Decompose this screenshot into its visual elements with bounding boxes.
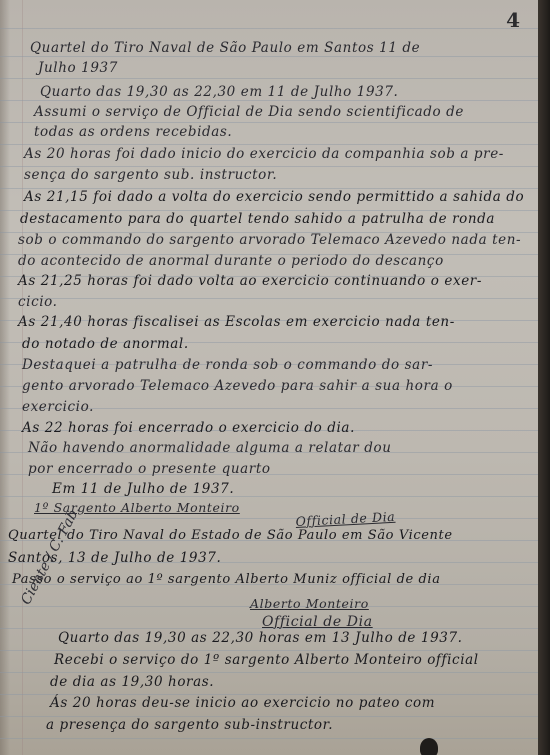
entry1-line: do acontecido de anormal durante o perio… <box>18 253 444 269</box>
entry2-line: Recebi o serviço do 1º sargento Alberto … <box>54 652 479 668</box>
ledger-page: 4 Quartel do Tiro Naval de São Paulo em … <box>0 0 540 755</box>
ruling-line <box>0 122 540 123</box>
entry2-line: a presença do sargento sub-instructor. <box>46 717 333 733</box>
ruling-line <box>0 672 540 673</box>
ruling-line <box>0 298 540 299</box>
entry1-line: por encerrado o presente quarto <box>28 461 271 477</box>
ruling-line <box>0 78 540 79</box>
entry1-date-line: Em 11 de Julho de 1937. <box>52 481 234 497</box>
entry1-line: do notado de anormal. <box>22 336 189 352</box>
page-edge-shadow <box>538 0 550 755</box>
entry1-line: Não havendo anormalidade alguma a relata… <box>28 440 392 456</box>
entry1-line: As 22 horas foi encerrado o exercicio do… <box>22 420 355 436</box>
ruling-line <box>0 56 540 57</box>
page-shadow <box>0 0 10 755</box>
entry1-line: Assumi o serviço de Official de Dia send… <box>34 104 464 120</box>
entry1-line: As 21,15 foi dado a volta do exercicio s… <box>24 189 524 205</box>
entry1-line: cicio. <box>18 294 58 310</box>
entry1-line: As 20 horas foi dado inicio do exercicio… <box>24 146 504 162</box>
entry1-line: sob o commando do sargento arvorado Tele… <box>18 232 521 248</box>
page-number: 4 <box>506 8 520 32</box>
entry2-signature: Alberto Monteiro <box>250 596 369 611</box>
entry2-line: de dia as 19,30 horas. <box>50 674 214 690</box>
entry1-line: destacamento para do quartel tendo sahid… <box>20 211 495 227</box>
entry1-line: Quarto das 19,30 as 22,30 em 11 de Julho… <box>40 84 398 100</box>
ruling-line <box>0 28 540 29</box>
entry2-line: Ás 20 horas deu-se inicio ao exercicio n… <box>50 695 435 711</box>
ruling-line <box>0 144 540 145</box>
entry2-heading-line1: Quartel do Tiro Naval do Estado de São P… <box>8 528 453 543</box>
entry1-heading-line1: Quartel do Tiro Naval de São Paulo em Sa… <box>30 40 420 56</box>
entry1-line: As 21,25 horas foi dado volta ao exercic… <box>18 273 482 289</box>
entry1-line: todas as ordens recebidas. <box>34 124 232 140</box>
entry1-line: As 21,40 horas fiscalisei as Escolas em … <box>18 314 455 330</box>
ruling-line <box>0 738 540 739</box>
entry1-line: exercicio. <box>22 399 94 415</box>
entry2-signature-title: Official de Dia <box>262 614 373 630</box>
entry2-line: Quarto das 19,30 as 22,30 horas em 13 Ju… <box>58 630 463 646</box>
entry2-handover-line: Passo o serviço ao 1º sargento Alberto M… <box>12 572 441 587</box>
entry1-line: sença do sargento sub. instructor. <box>24 167 277 183</box>
entry1-line: gento arvorado Telemaco Azevedo para sah… <box>22 378 453 394</box>
entry1-line: Destaquei a patrulha de ronda sob o comm… <box>22 357 433 373</box>
entry1-signature-title: Official de Dia <box>295 509 395 529</box>
entry1-heading-line2: Julho 1937 <box>38 60 118 76</box>
ruling-line <box>0 100 540 101</box>
ruling-line <box>0 518 540 519</box>
ink-blot <box>420 738 438 755</box>
ruling-line <box>0 650 540 651</box>
